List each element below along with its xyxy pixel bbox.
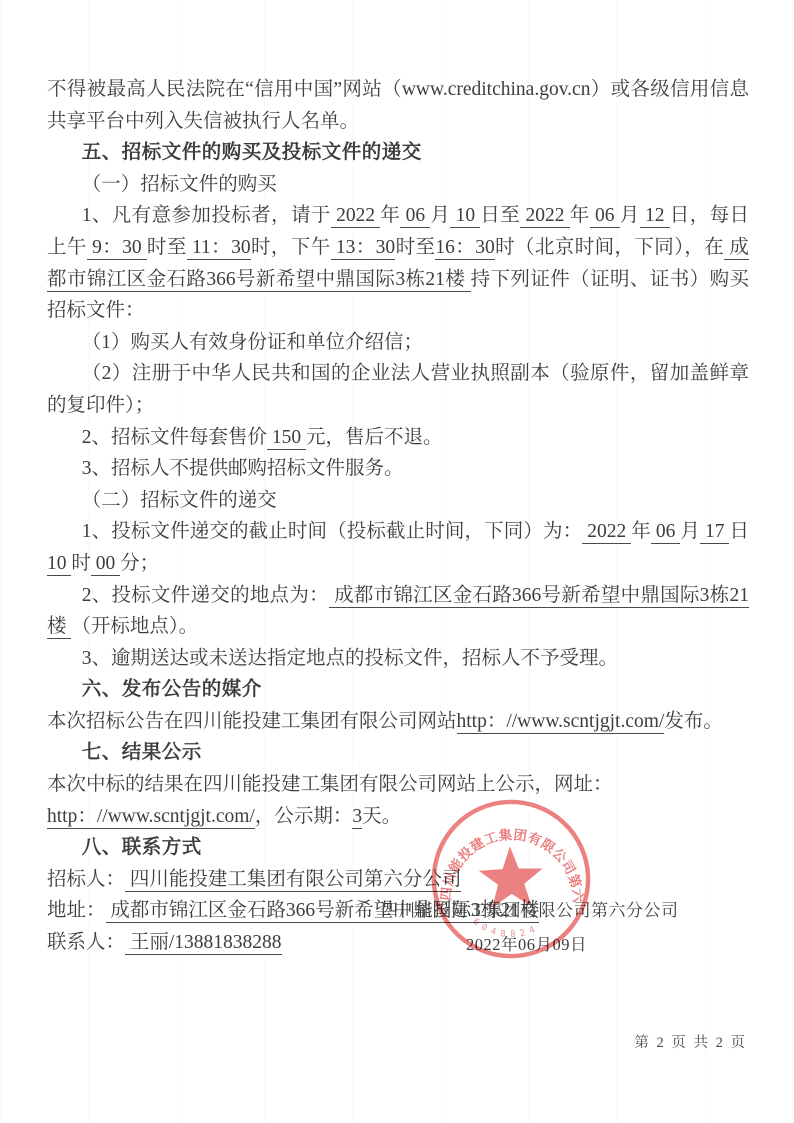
text-run: 年: [570, 205, 590, 226]
text-run: 时至: [147, 237, 187, 258]
document-body: 不得被最高人民法院在“信用中国”网站（www.creditchina.gov.c…: [47, 74, 749, 959]
filled-blank: 12: [640, 205, 670, 228]
text-run: 分；: [120, 553, 159, 574]
text-run: 六、发布公告的媒介: [82, 678, 262, 700]
text-run: 不得被最高人民法院在“信用中国”网站（www.creditchina.gov.c…: [47, 79, 749, 132]
text-run: 元，售后不退。: [306, 427, 443, 448]
text-run: 本次招标公告在四川能投建工集团有限公司网站: [47, 711, 457, 732]
text-run: 月: [430, 205, 450, 226]
filled-blank: 9：30: [87, 237, 147, 260]
text-run: 八、联系方式: [82, 836, 202, 858]
paragraph: （二）招标文件的递交: [47, 485, 749, 517]
svg-text:6048824: 6048824: [470, 915, 541, 942]
filled-blank: 11：30: [187, 237, 251, 260]
filled-blank: 13：30: [331, 237, 396, 260]
text-run: 五、招标文件的购买及投标文件的递交: [82, 141, 422, 163]
text-run: （2）注册于中华人民共和国的企业法人营业执照副本（验原件，留加盖鲜章的复印件）；: [47, 363, 749, 416]
paragraph: （一）招标文件的购买: [47, 169, 749, 201]
paragraph: （2）注册于中华人民共和国的企业法人营业执照副本（验原件，留加盖鲜章的复印件）；: [47, 358, 749, 421]
section-heading: 七、结果公示: [47, 737, 749, 769]
text-run: 2、招标文件每套售价: [82, 427, 267, 448]
text-run: 发布。: [664, 711, 723, 732]
seal-code: 6048824: [470, 915, 541, 942]
filled-blank: 四川能投建工集团有限公司第六分公司: [125, 869, 461, 892]
filled-blank: 3: [352, 806, 362, 829]
text-run: 本次中标的结果在四川能投建工集团有限公司网站上公示，网址：: [47, 774, 613, 795]
text-run: 时（北京时间，下同），在: [495, 237, 724, 258]
page-number: 第 2 页 共 2 页: [634, 1031, 747, 1052]
text-run: 3、招标人不提供邮购招标文件服务。: [82, 458, 404, 479]
filled-blank: 2022: [331, 205, 381, 228]
text-run: （1）购买人有效身份证和单位介绍信；: [82, 332, 423, 353]
seal-graphic: 四川能投建工集团有限公司第六分公司 6048824: [424, 792, 598, 966]
text-run: 地址：: [47, 900, 106, 921]
text-run: 年: [631, 521, 651, 542]
url-text: http：//www.scntjgjt.com/: [47, 806, 255, 829]
text-run: 日至: [480, 205, 520, 226]
text-run: 月: [620, 205, 640, 226]
url-text: http：//www.scntjgjt.com/: [457, 711, 665, 734]
paragraph: http：//www.scntjgjt.com/，公示期：3天。: [47, 801, 749, 833]
filled-blank: 00: [91, 553, 120, 576]
text-run: 月: [680, 521, 700, 542]
text-run: （二）招标文件的递交: [82, 490, 277, 511]
paragraph: 本次招标公告在四川能投建工集团有限公司网站http：//www.scntjgjt…: [47, 706, 749, 738]
text-run: 天。: [362, 806, 401, 827]
filled-blank: 06: [400, 205, 430, 228]
paragraph: 1、投标文件递交的截止时间（投标截止时间，下同）为： 2022 年 06 月 1…: [47, 516, 749, 579]
section-heading: 五、招标文件的购买及投标文件的递交: [47, 137, 749, 169]
seal-star-icon: [478, 845, 544, 908]
filled-blank: 10: [47, 553, 71, 576]
text-run: 1、投标文件递交的截止时间（投标截止时间，下同）为：: [82, 521, 583, 542]
text-run: 2、投标文件递交的地点为：: [82, 585, 329, 606]
text-run: 3、逾期送达或未送达指定地点的投标文件，招标人不予受理。: [82, 648, 618, 669]
text-run: ，公示期：: [255, 806, 353, 827]
paragraph: 1、凡有意参加投标者，请于 2022 年 06 月 10 日至 2022 年 0…: [47, 200, 749, 326]
text-run: 时: [71, 553, 91, 574]
filled-blank: 10: [450, 205, 480, 228]
paragraph: 本次中标的结果在四川能投建工集团有限公司网站上公示，网址：: [47, 769, 749, 801]
paragraph: 2、招标文件每套售价 150 元，售后不退。: [47, 422, 749, 454]
paragraph: （1）购买人有效身份证和单位介绍信；: [47, 327, 749, 359]
paragraph: 3、招标人不提供邮购招标文件服务。: [47, 453, 749, 485]
paragraph: 招标人： 四川能投建工集团有限公司第六分公司: [47, 864, 749, 896]
paragraph: 2、投标文件递交的地点为： 成都市锦江区金石路366号新希望中鼎国际3栋21楼 …: [47, 580, 749, 643]
text-run: 年: [380, 205, 400, 226]
filled-blank: 06: [651, 521, 681, 544]
filled-blank: 16：30: [435, 237, 494, 260]
text-run: 1、凡有意参加投标者，请于: [82, 205, 331, 226]
text-run: 联系人：: [47, 932, 125, 953]
scanned-document-page: 不得被最高人民法院在“信用中国”网站（www.creditchina.gov.c…: [0, 0, 794, 1123]
filled-blank: 2022: [582, 521, 631, 544]
text-run: （开标地点）。: [71, 616, 198, 637]
text-run: （一）招标文件的购买: [82, 174, 277, 195]
section-heading: 八、联系方式: [47, 832, 749, 864]
filled-blank: 王丽/13881838288: [125, 932, 282, 955]
paragraph: 不得被最高人民法院在“信用中国”网站（www.creditchina.gov.c…: [47, 74, 749, 137]
text-run: 招标人：: [47, 869, 125, 890]
text-run: 日: [729, 521, 749, 542]
text-run: 时，下午: [251, 237, 331, 258]
filled-blank: 17: [700, 521, 730, 544]
section-heading: 六、发布公告的媒介: [47, 674, 749, 706]
filled-blank: 150: [267, 427, 306, 450]
company-seal: 四川能投建工集团有限公司第六分公司 6048824: [424, 792, 598, 966]
paragraph: 联系人： 王丽/13881838288: [47, 927, 749, 959]
text-run: 时至: [395, 237, 435, 258]
filled-blank: 06: [590, 205, 620, 228]
filled-blank: 2022: [520, 205, 570, 228]
text-run: 七、结果公示: [82, 741, 202, 763]
paragraph: 3、逾期送达或未送达指定地点的投标文件，招标人不予受理。: [47, 643, 749, 675]
